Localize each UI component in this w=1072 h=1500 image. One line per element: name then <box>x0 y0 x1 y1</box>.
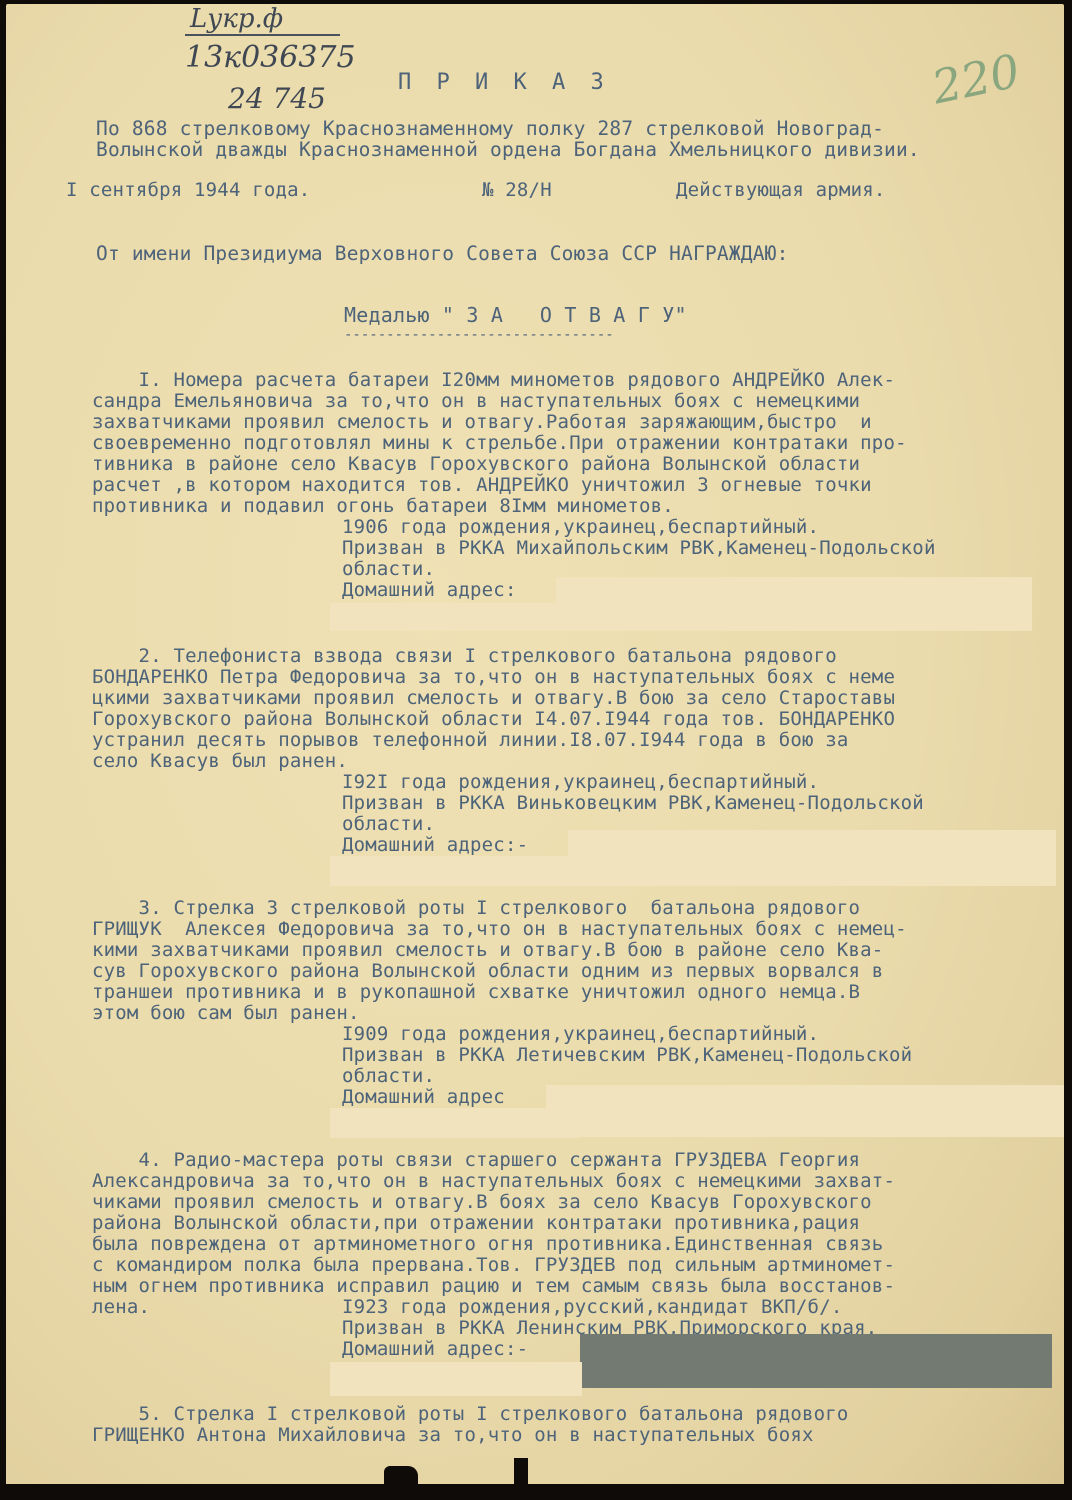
redacted-address <box>568 830 1056 886</box>
award-title: Медалью " З А О Т В А Г У" <box>344 305 687 326</box>
entry-4-line: с командиром полка была прервана.Тов. ГР… <box>92 1255 895 1276</box>
redacted-address <box>580 1334 1052 1388</box>
entry-1-line: своевременно подготовлял мины к стрельбе… <box>92 433 907 454</box>
entry-4-address-label: Домашний адрес:- <box>342 1339 528 1360</box>
entry-1-line: расчет ,в котором находится тов. АНДРЕЙК… <box>92 475 872 496</box>
entry-1-line: тивника в районе село Квасув Горохувског… <box>92 454 860 475</box>
redacted-address <box>330 1362 582 1396</box>
entry-2-line: село Квасув был ранен. <box>92 751 348 772</box>
redacted-address <box>546 1085 1070 1137</box>
redacted-address <box>330 603 560 631</box>
preamble: От имени Президиума Верховного Совета Со… <box>96 243 789 264</box>
archive-mark-underline <box>185 34 340 36</box>
sheet-reference: 24 745 <box>228 82 326 115</box>
order-number: № 28/Н <box>482 180 552 201</box>
entry-1-region: области. <box>342 559 435 580</box>
entry-3-line: ГРИЩУК Алексея Федоровича за то,что он в… <box>92 919 907 940</box>
entry-3-line: траншеи противника и в рукопашной схватк… <box>92 982 860 1003</box>
entry-4-birth: I923 года рождения,русский,кандидат ВКП/… <box>342 1297 842 1318</box>
entry-4-line: Александровича за то,что он в наступател… <box>92 1171 895 1192</box>
entry-2-drafted: Призван в РККА Виньковецким РВК,Каменец-… <box>342 793 924 814</box>
entry-2-line: устранил десять порывов телефонной линии… <box>92 730 849 751</box>
entry-2-line: 2. Телефониста взвода связи I стрелковог… <box>92 646 837 667</box>
archive-number: 13к036375 <box>185 40 356 75</box>
redacted-address <box>330 856 570 886</box>
entry-1-birth: 1906 года рождения,украинец,беспартийный… <box>342 517 819 538</box>
entry-2-line: Горохувского района Волынской области I4… <box>92 709 895 730</box>
entry-4-line: 4. Радио-мастера роты связи старшего сер… <box>92 1150 860 1171</box>
right-edge <box>1064 0 1072 1500</box>
redacted-address <box>330 1108 578 1138</box>
entry-1-line: сандра Емельяновича за то,что он в насту… <box>92 391 860 412</box>
torn-edge <box>0 1484 1072 1500</box>
entry-2-line: цкими захватчиками проявил смелость и от… <box>92 688 895 709</box>
entry-4-line: была повреждена от артминометного огня п… <box>92 1234 883 1255</box>
entry-4-line: ным огнем противника исправил рацию и те… <box>92 1276 895 1297</box>
entry-1-line: захватчиками проявил смелость и отвагу.Р… <box>92 412 872 433</box>
entry-2-line: БОНДАРЕНКО Петра Федоровича за то,что он… <box>92 667 895 688</box>
entry-1-line: противника и подавил огонь батареи 8Iмм … <box>92 496 674 517</box>
entry-5-line: ГРИЩЕНКО Антона Михайловича за то,что он… <box>92 1425 814 1446</box>
document-title: П Р И К А З <box>398 72 610 93</box>
entry-3-line: кими захватчиками проявил смелость и отв… <box>92 940 883 961</box>
entry-3-line: сув Горохувского района Волынской област… <box>92 961 883 982</box>
order-date: I сентября 1944 года. <box>66 180 310 201</box>
entry-3-region: области. <box>342 1066 435 1087</box>
entry-4-line: лена. <box>92 1297 150 1318</box>
entry-4-line: района Волынской области,при отражении к… <box>92 1213 860 1234</box>
entry-3-line: 3. Стрелка 3 стрелковой роты I стрелково… <box>92 898 860 919</box>
entry-3-birth: I909 года рождения,украинец,беспартийный… <box>342 1024 819 1045</box>
torn-edge <box>514 1458 528 1500</box>
archive-mark: Lукр.ф <box>190 4 283 34</box>
entry-2-address-label: Домашний адрес:- <box>342 835 528 856</box>
header-line-2: Волынской дважды Краснознаменной ордена … <box>96 139 920 160</box>
torn-edge <box>384 1466 418 1500</box>
header-line-1: По 868 стрелковому Краснознаменному полк… <box>96 118 884 139</box>
entry-1-drafted: Призван в РККА Михайпольским РВК,Каменец… <box>342 538 936 559</box>
entry-1-address-label: Домашний адрес: <box>342 580 517 601</box>
entry-1-line: I. Номера расчета батареи I20мм миномето… <box>92 370 895 391</box>
redacted-address <box>556 577 1032 631</box>
entry-5-line: 5. Стрелка I стрелковой роты I стрелково… <box>92 1404 849 1425</box>
order-location: Действующая армия. <box>676 180 886 201</box>
entry-2-region: области. <box>342 814 435 835</box>
entry-3-line: этом бою сам был ранен. <box>92 1003 360 1024</box>
entry-2-birth: I92I года рождения,украинец,беспартийный… <box>342 772 819 793</box>
entry-3-address-label: Домашний адрес <box>342 1087 505 1108</box>
entry-4-line: чиками проявил смелость и отвагу.В боях … <box>92 1192 872 1213</box>
award-underline: -------------------------------- <box>344 325 614 346</box>
entry-3-drafted: Призван в РККА Летичевским РВК,Каменец-П… <box>342 1045 912 1066</box>
